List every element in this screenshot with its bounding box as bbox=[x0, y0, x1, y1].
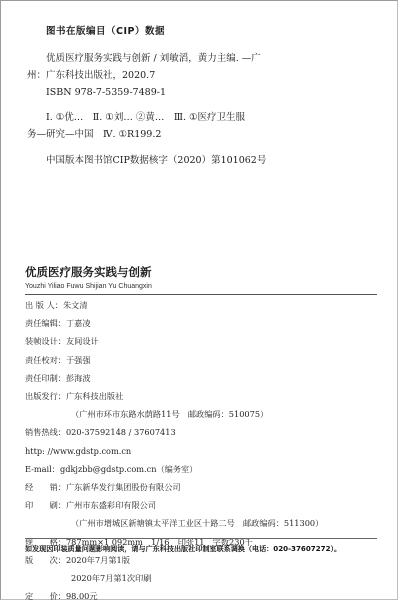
credit-row: （广州市环市东路水荫路11号 邮政编码：510075） bbox=[25, 405, 323, 423]
title-divider bbox=[25, 294, 377, 295]
book-title-pinyin: Youzhi Yiliao Fuwu Shijian Yu Chuangxin bbox=[25, 283, 152, 290]
credit-row: 装帧设计：友间设计 bbox=[25, 332, 323, 350]
cip-title-line: 优质医疗服务实践与创新 / 刘敏滔，黄力主编. —广 bbox=[46, 51, 261, 67]
cip-publisher-line: 州：广东科技出版社，2020.7 bbox=[27, 68, 155, 84]
cip-classification-line2: 务—研究—中国 Ⅳ. ①R199.2 bbox=[27, 127, 161, 143]
credit-row: 责任编辑：丁嘉凌 bbox=[25, 314, 323, 332]
footer-divider bbox=[25, 538, 377, 539]
cip-isbn: ISBN 978-7-5359-7489-1 bbox=[46, 85, 166, 101]
website-row: http: //www.gdstp.com.cn bbox=[25, 442, 323, 460]
credit-row: 经 销：广东新华发行集团股份有限公司 bbox=[25, 478, 323, 496]
credits-list: 出 版 人：朱文清 责任编辑：丁嘉凌 装帧设计：友间设计 责任校对：于强强 责任… bbox=[25, 296, 323, 600]
book-title: 优质医疗服务实践与创新 bbox=[25, 264, 152, 280]
credit-row: 出版发行：广东科技出版社 bbox=[25, 387, 323, 405]
credit-row: 定 价：98.00元 bbox=[25, 587, 323, 600]
quality-notice: 如发现因印装质量问题影响阅读，请与广东科技出版社印制室联系调换（电话：020-3… bbox=[25, 544, 341, 554]
cip-record-number: 中国版本图书馆CIP数据核字（2020）第101062号 bbox=[46, 153, 266, 169]
email-row: E-mail：gdkjzbb@gdstp.com.cn（编务室） bbox=[25, 460, 323, 478]
cip-classification-line1: Ⅰ. ①优… Ⅱ. ①刘… ②黄… Ⅲ. ①医疗卫生服 bbox=[46, 110, 245, 126]
credit-row: （广州市增城区新塘镇太平洋工业区十路二号 邮政编码：511300） bbox=[25, 514, 323, 532]
copyright-page: 图书在版编目（CIP）数据 优质医疗服务实践与创新 / 刘敏滔，黄力主编. —广… bbox=[0, 0, 398, 600]
credit-row: 出 版 人：朱文清 bbox=[25, 296, 323, 314]
credit-row: 印 刷：广州市东盛彩印有限公司 bbox=[25, 496, 323, 514]
credit-row: 销售热线：020-37592148 / 37607413 bbox=[25, 423, 323, 441]
credit-row: 责任印制：彭海波 bbox=[25, 369, 323, 387]
credit-row: 2020年7月第1次印刷 bbox=[25, 569, 323, 587]
credit-row: 责任校对：于强强 bbox=[25, 351, 323, 369]
cip-heading: 图书在版编目（CIP）数据 bbox=[46, 23, 165, 37]
